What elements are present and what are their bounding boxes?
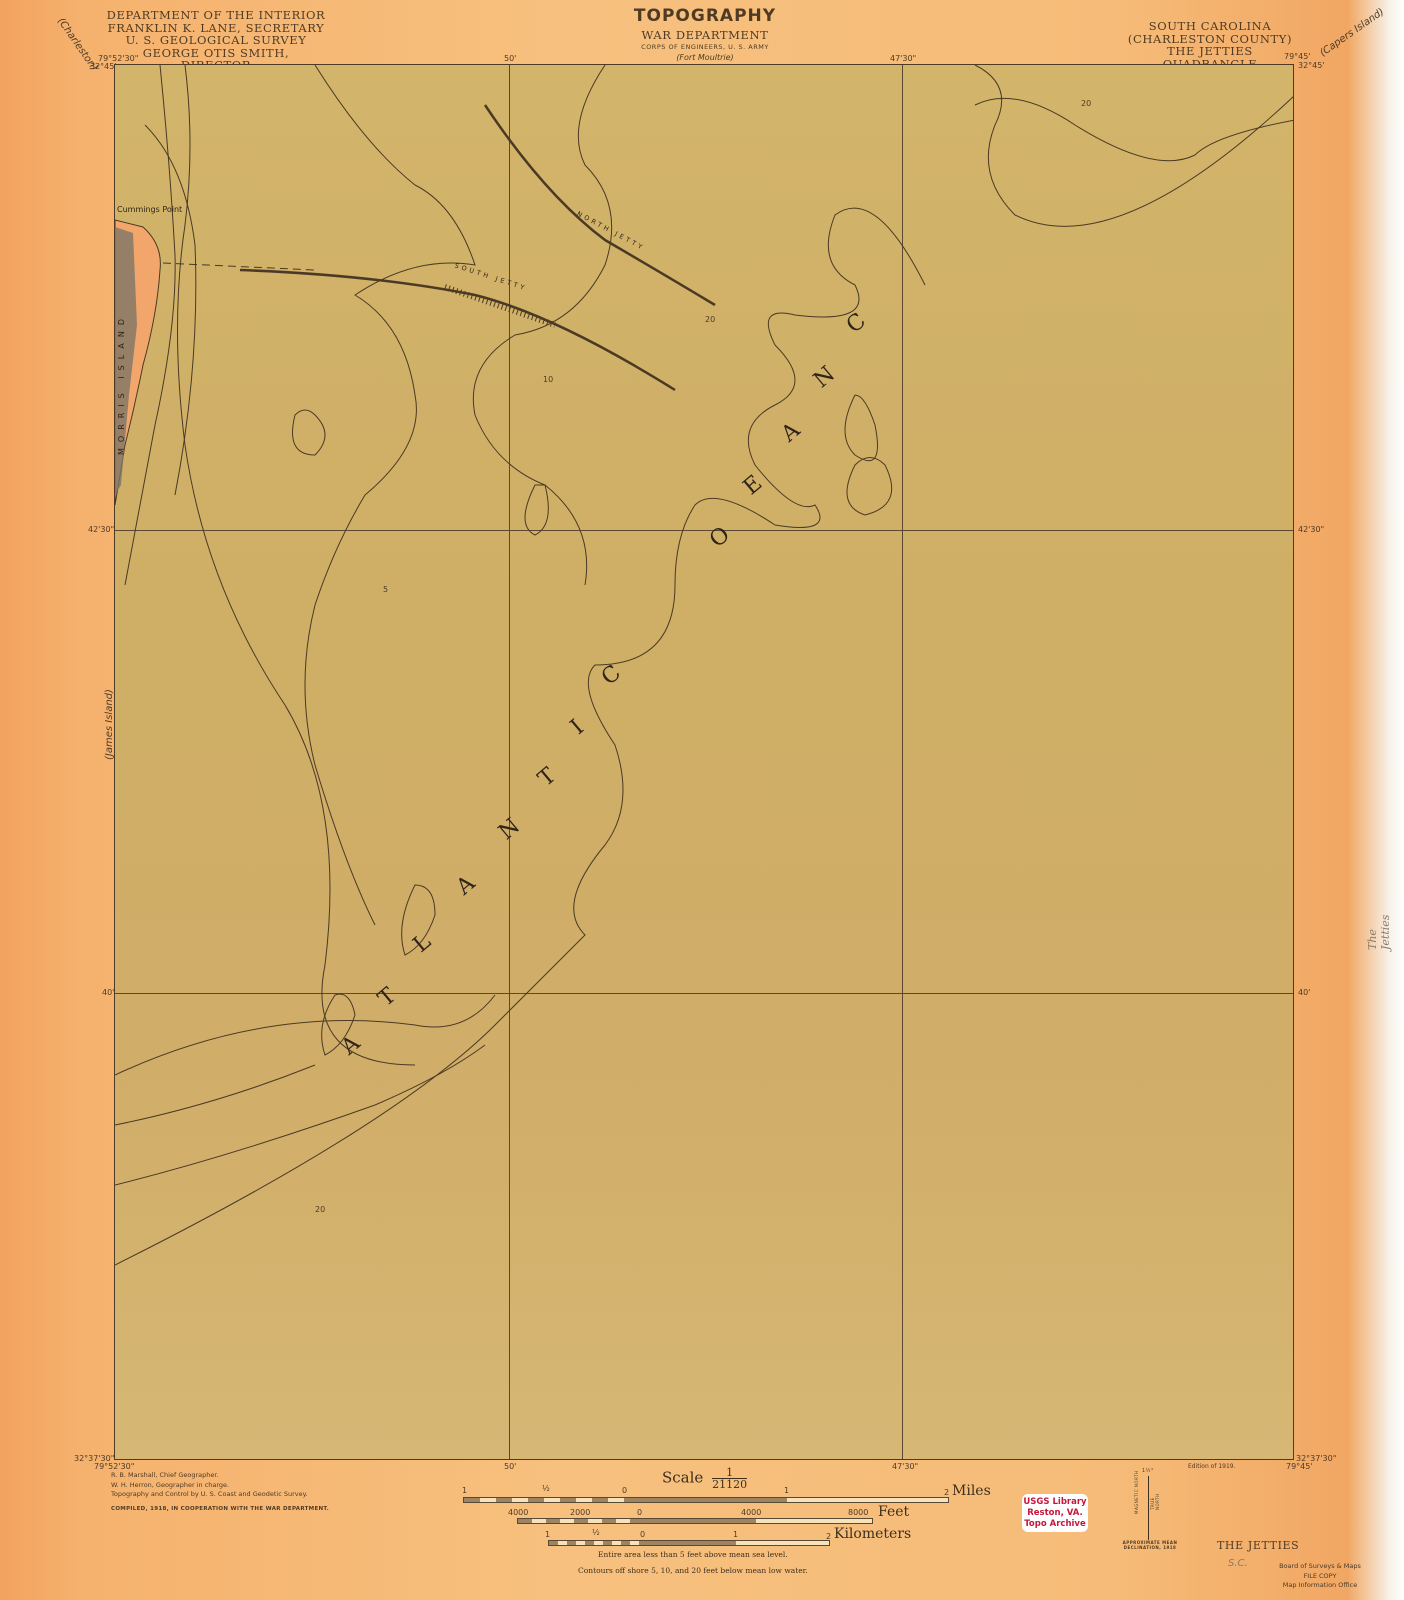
feet-tick: 2000 xyxy=(570,1508,590,1517)
miles-tick: 1 xyxy=(462,1486,467,1495)
feet-tick: 4000 xyxy=(508,1508,528,1517)
stamp-line: Reston, VA. xyxy=(1022,1508,1088,1519)
quadrangle-name-footer: THE JETTIES xyxy=(1217,1540,1299,1553)
coord-top-50: 50' xyxy=(504,54,516,63)
file-stamp-line: Map Information Office xyxy=(1270,1581,1370,1591)
km-tick: 1 xyxy=(733,1530,738,1539)
magnetic-north-label: MAGNETIC NORTH xyxy=(1134,1470,1139,1514)
adjoining-north: (Fort Moultrie) xyxy=(590,53,820,62)
adjoining-northeast: (Capers Island) xyxy=(1318,7,1386,59)
miles-tick: 0 xyxy=(622,1486,627,1495)
feet-unit: Feet xyxy=(878,1504,909,1520)
stamp-line: USGS Library xyxy=(1022,1497,1088,1508)
contour-label-20: 20 xyxy=(1081,99,1091,108)
compiled-note: COMPILED, 1918, IN COOPERATION WITH THE … xyxy=(111,1505,329,1515)
miles-unit: Miles xyxy=(952,1483,991,1499)
coord-top-left-lat: 32°45' xyxy=(90,62,117,71)
credit-topography: Topography and Control by U. S. Coast an… xyxy=(111,1490,329,1500)
coord-bottom-left-lon: 79°52'30" xyxy=(94,1462,134,1471)
contour-label-10: 10 xyxy=(543,375,553,384)
war-dept-label: WAR DEPARTMENT xyxy=(590,29,820,42)
note-elevation: Entire area less than 5 feet above mean … xyxy=(598,1550,788,1559)
contour-label-20: 20 xyxy=(705,315,715,324)
north-arrow-icon xyxy=(1148,1476,1149,1540)
declination-caption: APPROXIMATE MEAN DECLINATION, 1918 xyxy=(1120,1540,1180,1550)
coord-bottom-4730: 47'30" xyxy=(892,1462,918,1471)
edition-label: Edition of 1919. xyxy=(1188,1463,1236,1470)
feet-tick: 8000 xyxy=(848,1508,868,1517)
contour-label-20: 20 xyxy=(315,1205,325,1214)
coord-left-40: 40' xyxy=(102,988,114,997)
contour-label-5: 5 xyxy=(383,585,388,594)
file-copy-stamp: Board of Surveys & Maps FILE COPY Map In… xyxy=(1270,1562,1370,1591)
credit-charge: W. H. Herron, Geographer in charge. xyxy=(111,1481,329,1491)
handwritten-state: S.C. xyxy=(1228,1558,1248,1569)
header-center: TOPOGRAPHY WAR DEPARTMENT CORPS OF ENGIN… xyxy=(590,6,820,62)
scale-label: Scale xyxy=(662,1469,703,1487)
true-north-label: TRUE NORTH xyxy=(1150,1480,1160,1510)
feet-tick: 0 xyxy=(637,1508,642,1517)
dept-label: DEPARTMENT OF THE INTERIOR xyxy=(106,9,326,22)
km-tick: 0 xyxy=(640,1530,645,1539)
km-tick: 1 xyxy=(545,1530,550,1539)
note-contours: Contours off shore 5, 10, and 20 feet be… xyxy=(578,1566,808,1575)
stamp-line: Topo Archive xyxy=(1022,1519,1088,1530)
coord-top-right-lat: 32°45' xyxy=(1298,61,1325,70)
miles-scale-bar xyxy=(463,1497,949,1503)
survey-label: U. S. GEOLOGICAL SURVEY xyxy=(106,34,326,47)
coord-bottom-50: 50' xyxy=(504,1462,516,1471)
state-label: SOUTH CAROLINA xyxy=(1120,20,1300,33)
file-stamp-line: Board of Surveys & Maps xyxy=(1270,1562,1370,1572)
contour-layer xyxy=(115,65,1294,1460)
map-title: TOPOGRAPHY xyxy=(590,6,820,26)
handwritten-side-label: The Jetties xyxy=(1366,912,1392,950)
label-morris-island: MORRIS ISLAND xyxy=(117,313,126,455)
miles-tick: 2 xyxy=(944,1488,949,1497)
declination-caption-line: DECLINATION, 1918 xyxy=(1120,1545,1180,1550)
feet-scale-bar xyxy=(517,1518,873,1524)
header-left: DEPARTMENT OF THE INTERIOR FRANKLIN K. L… xyxy=(106,9,326,72)
scale-denominator: 21120 xyxy=(712,1479,747,1490)
feet-tick: 4000 xyxy=(741,1508,761,1517)
coord-left-4230: 42'30" xyxy=(88,525,114,534)
coord-right-40: 40' xyxy=(1298,988,1310,997)
coord-top-right-lon: 79°45' xyxy=(1284,52,1311,61)
corps-label: CORPS OF ENGINEERS, U. S. ARMY xyxy=(590,43,820,51)
map-frame[interactable]: Cummings Point MORRIS ISLAND NORTH JETTY… xyxy=(114,64,1294,1460)
declination-angle: 1½° xyxy=(1142,1468,1154,1474)
usgs-library-stamp: USGS Library Reston, VA. Topo Archive xyxy=(1022,1494,1088,1532)
coord-right-4230: 42'30" xyxy=(1298,525,1324,534)
file-stamp-line: FILE COPY xyxy=(1270,1572,1370,1582)
km-tick: ½ xyxy=(592,1528,600,1537)
credit-chief: R. B. Marshall, Chief Geographer. xyxy=(111,1471,329,1481)
km-unit: Kilometers xyxy=(834,1526,911,1542)
header-right: SOUTH CAROLINA (CHARLESTON COUNTY) THE J… xyxy=(1120,20,1300,70)
coord-top-4730: 47'30" xyxy=(890,54,916,63)
coord-bottom-right-lon: 79°45' xyxy=(1286,1462,1313,1471)
scale-title: Scale 1 21120 xyxy=(662,1467,747,1490)
credits-block: R. B. Marshall, Chief Geographer. W. H. … xyxy=(111,1471,329,1514)
miles-tick: 1 xyxy=(784,1486,789,1495)
label-cummings-point: Cummings Point xyxy=(117,205,182,214)
declination-diagram: 1½° MAGNETIC NORTH TRUE NORTH APPROXIMAT… xyxy=(1120,1468,1180,1548)
miles-tick: ½ xyxy=(542,1484,550,1493)
km-scale-bar xyxy=(548,1540,830,1546)
